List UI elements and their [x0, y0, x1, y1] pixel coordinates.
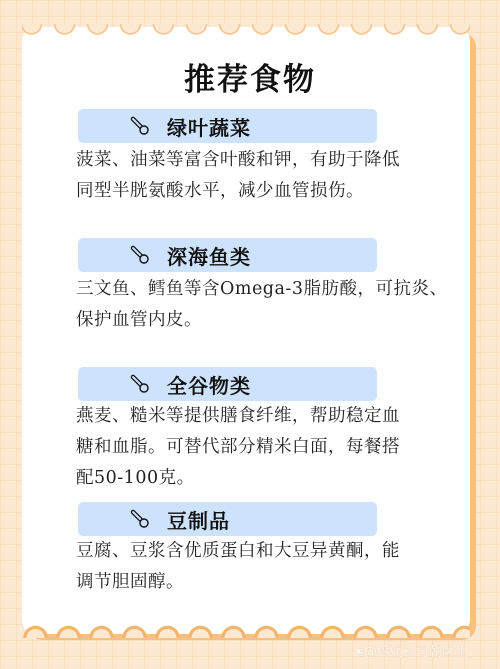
text-line: 燕麦、糙米等提供膳食纤维，帮助稳定血 [76, 401, 476, 432]
text-line: 豆腐、豆浆含优质蛋白和大豆异黄酮，能 [76, 536, 476, 567]
text-line: 菠菜、油菜等富含叶酸和钾，有助于降低 [76, 145, 476, 176]
section-text: 豆腐、豆浆含优质蛋白和大豆异黄酮，能 调节胆固醇。 [76, 536, 476, 598]
thermometer-icon [130, 509, 150, 529]
section-text: 燕麦、糙米等提供膳食纤维，帮助稳定血 糖和血脂。可替代部分精米白面，每餐搭 配5… [76, 401, 476, 494]
section-title: 豆制品 [167, 505, 230, 534]
thermometer-icon [130, 116, 150, 136]
text-line: 配50-100克。 [76, 463, 476, 494]
text-line: 同型半胱氨酸水平，减少血管损伤。 [76, 176, 476, 207]
text-line: 糖和血脂。可替代部分精米白面，每餐搭 [76, 432, 476, 463]
section-header: 深海鱼类 [78, 238, 377, 272]
text-line: 三文鱼、鳕鱼等含Omega-3脂肪酸，可抗炎、 [76, 274, 476, 305]
text-line: 调节胆固醇。 [76, 567, 476, 598]
section-title: 深海鱼类 [167, 241, 251, 270]
text-line: 保护血管内皮。 [76, 305, 476, 336]
section-header: 全谷物类 [78, 367, 377, 401]
section-header: 绿叶蔬菜 [78, 109, 377, 143]
page-title: 推荐食物 [0, 54, 500, 99]
section-text: 三文鱼、鳕鱼等含Omega-3脂肪酸，可抗炎、 保护血管内皮。 [76, 274, 476, 336]
section-title: 全谷物类 [167, 370, 251, 399]
thermometer-icon [130, 245, 150, 265]
watermark: ❀@疼痛科司朝医生 [353, 641, 468, 660]
scallop-edge-top [22, 24, 470, 38]
section-header: 豆制品 [78, 502, 377, 536]
section-text: 菠菜、油菜等富含叶酸和钾，有助于降低 同型半胱氨酸水平，减少血管损伤。 [76, 145, 476, 207]
thermometer-icon [130, 374, 150, 394]
scallop-edge-bottom [22, 622, 470, 638]
section-title: 绿叶蔬菜 [167, 112, 251, 141]
